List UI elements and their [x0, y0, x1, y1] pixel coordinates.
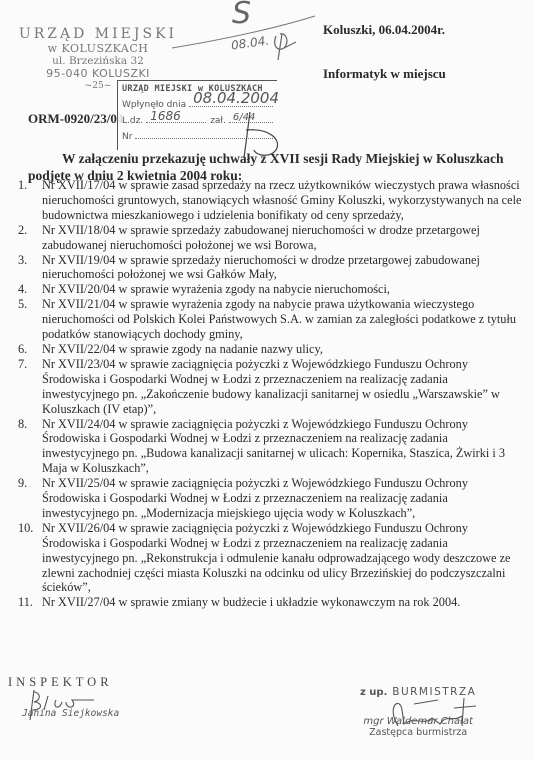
- resolution-number: 11.: [18, 595, 38, 610]
- resolution-text: Nr XVII/21/04 w sprawie wyrażenia zgody …: [42, 297, 516, 341]
- resolution-text: Nr XVII/25/04 w sprawie zaciągnięcia poż…: [42, 476, 468, 520]
- handwritten-date: 08.04.: [230, 33, 270, 52]
- resolution-text: Nr XVII/17/04 w sprawie zasad sprzedaży …: [42, 178, 521, 222]
- resolution-text: Nr XVII/26/04 w sprawie zaciągnięcia poż…: [42, 521, 510, 595]
- resolution-item: 3.Nr XVII/19/04 w sprawie sprzedaży nier…: [18, 253, 522, 283]
- resolution-text: Nr XVII/23/04 w sprawie zaciągnięcia poż…: [42, 357, 500, 416]
- resolution-item: 6.Nr XVII/22/04 w sprawie zgody na nadan…: [18, 342, 522, 357]
- resolution-item: 5.Nr XVII/21/04 w sprawie wyrażenia zgod…: [18, 297, 522, 342]
- resolution-text: Nr XVII/22/04 w sprawie zgody na nadanie…: [42, 342, 323, 356]
- resolution-number: 1.: [18, 178, 38, 193]
- recipient: Informatyk w miejscu: [323, 66, 446, 82]
- resolution-number: 6.: [18, 342, 38, 357]
- resolutions-list: 1.Nr XVII/17/04 w sprawie zasad sprzedaż…: [18, 178, 522, 610]
- resolution-number: 7.: [18, 357, 38, 372]
- resolution-item: 9.Nr XVII/25/04 w sprawie zaciągnięcia p…: [18, 476, 522, 521]
- intro-line-1: W załączeniu przekazuję uchwały z XVII s…: [28, 150, 518, 167]
- mayor-role: Zastępca burmistrza: [360, 727, 476, 738]
- reference-number: ORM-0920/23/04: [28, 111, 123, 127]
- zal-value: 6/44: [233, 112, 255, 123]
- initials-icon: [268, 26, 298, 62]
- resolution-text: Nr XVII/18/04 w sprawie sprzedaży zabudo…: [42, 223, 480, 252]
- inspector-signature-block: INSPEKTOR Janina Siejkowska: [8, 675, 119, 719]
- resolution-text: Nr XVII/27/04 w sprawie zmiany w budżeci…: [42, 595, 460, 609]
- ldz-label: L.dz.: [122, 116, 143, 126]
- resolution-number: 8.: [18, 417, 38, 432]
- resolution-item: 2.Nr XVII/18/04 w sprawie sprzedaży zabu…: [18, 223, 522, 253]
- mayor-signature-block: z up. BURMISTRZA mgr Waldemar Chałat Zas…: [360, 686, 476, 738]
- office-name: URZĄD MIEJSKI: [18, 26, 178, 43]
- resolution-number: 9.: [18, 476, 38, 491]
- mayor-office: BURMISTRZA: [392, 686, 476, 698]
- resolution-item: 4.Nr XVII/20/04 w sprawie wyrażenia zgod…: [18, 282, 522, 297]
- resolution-item: 8.Nr XVII/24/04 w sprawie zaciągnięcia p…: [18, 417, 522, 477]
- received-stamp: URZĄD MIEJSKI w KOLUSZKACH Wpłynęło dnia…: [117, 80, 277, 150]
- city-date: Koluszki, 06.04.2004r.: [323, 22, 445, 38]
- nr-label: Nr: [122, 132, 132, 142]
- office-city: w KOLUSZKACH: [18, 43, 178, 56]
- resolution-number: 10.: [18, 521, 38, 536]
- mayor-name: mgr Waldemar Chałat: [360, 716, 476, 727]
- office-street: ul. Brzezińska 32: [18, 55, 178, 67]
- resolution-item: 1.Nr XVII/17/04 w sprawie zasad sprzedaż…: [18, 178, 522, 223]
- inspector-title: INSPEKTOR: [8, 675, 119, 690]
- inspector-name: Janina Siejkowska: [22, 708, 119, 719]
- mayor-title: z up. BURMISTRZA: [360, 686, 476, 698]
- ldz-value: 1686: [150, 109, 181, 123]
- resolution-text: Nr XVII/24/04 w sprawie zaciągnięcia poż…: [42, 417, 505, 476]
- resolution-text: Nr XVII/20/04 w sprawie wyrażenia zgody …: [42, 282, 390, 296]
- resolution-number: 4.: [18, 282, 38, 297]
- resolution-number: 5.: [18, 297, 38, 312]
- resolution-item: 10.Nr XVII/26/04 w sprawie zaciągnięcia …: [18, 521, 522, 596]
- received-date-value: 08.04.2004: [193, 89, 279, 107]
- mayor-prefix: z up.: [360, 687, 387, 698]
- zal-label: zał.: [210, 116, 226, 126]
- resolution-item: 7.Nr XVII/23/04 w sprawie zaciągnięcia p…: [18, 357, 522, 417]
- handwritten-mark: S: [232, 0, 251, 31]
- resolution-number: 3.: [18, 253, 38, 268]
- resolution-item: 11.Nr XVII/27/04 w sprawie zmiany w budż…: [18, 595, 522, 610]
- resolution-number: 2.: [18, 223, 38, 238]
- office-postal: 95-040 KOLUSZKI: [18, 68, 178, 81]
- resolution-text: Nr XVII/19/04 w sprawie sprzedaży nieruc…: [42, 253, 480, 282]
